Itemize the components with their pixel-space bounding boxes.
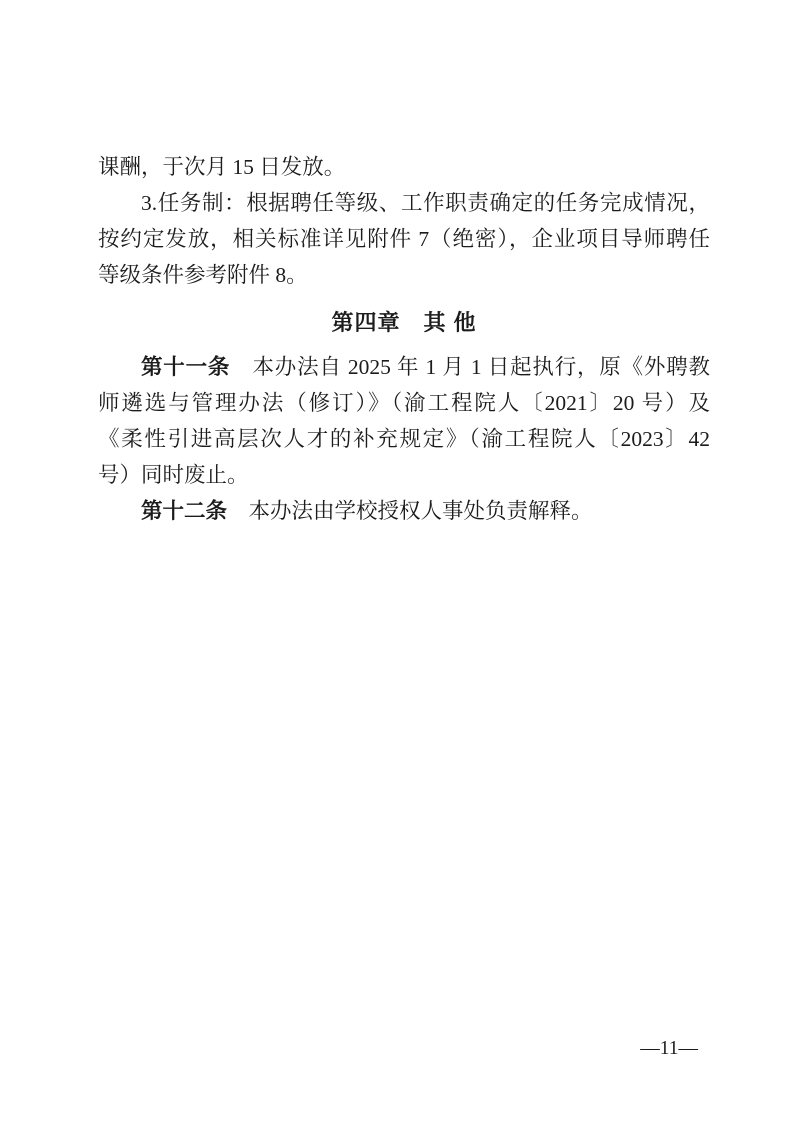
line-article-12: 第十二条 本办法由学校授权人事处负责解释。	[98, 493, 710, 529]
line-task-system-3: 等级条件参考附件 8。	[98, 257, 710, 293]
line-task-system-1: 3.任务制：根据聘任等级、工作职责确定的任务完成情况，	[98, 185, 710, 221]
line-article-11-3: 《柔性引进高层次人才的补充规定》（渝工程院人〔2023〕42	[98, 421, 710, 457]
line-payment-continuation: 课酬，于次月 15 日发放。	[98, 149, 710, 185]
bold-term: 第十一条	[141, 355, 230, 379]
text-segment: 本办法由学校授权人事处负责解释。	[227, 499, 593, 523]
text-segment: 3.任务制：根据聘任等级、工作职责确定的任务完成情况，	[141, 191, 710, 215]
document-page: 课酬，于次月 15 日发放。3.任务制：根据聘任等级、工作职责确定的任务完成情况…	[0, 0, 794, 1122]
line-article-11-4: 号）同时废止。	[98, 457, 710, 493]
text-segment: 本办法自 2025 年 1 月 1 日起执行，原《外聘教	[230, 355, 710, 379]
line-article-11-2: 师遴选与管理办法（修订）》（渝工程院人〔2021〕20 号）及	[98, 385, 710, 421]
text-segment: 等级条件参考附件 8。	[98, 263, 308, 287]
chapter-heading: 第四章 其 他	[98, 305, 710, 341]
bold-term: 第四章 其 他	[331, 310, 476, 335]
line-article-11-1: 第十一条 本办法自 2025 年 1 月 1 日起执行，原《外聘教	[98, 349, 710, 385]
page-number: —11—	[640, 1037, 698, 1061]
text-segment: 按约定发放，相关标准详见附件 7（绝密），企业项目导师聘任	[98, 227, 710, 251]
content-area: 课酬，于次月 15 日发放。3.任务制：根据聘任等级、工作职责确定的任务完成情况…	[98, 149, 710, 529]
text-segment: 《柔性引进高层次人才的补充规定》（渝工程院人〔2023〕42	[98, 427, 710, 451]
text-segment: 师遴选与管理办法（修订）》（渝工程院人〔2021〕20 号）及	[98, 391, 710, 415]
line-task-system-2: 按约定发放，相关标准详见附件 7（绝密），企业项目导师聘任	[98, 221, 710, 257]
bold-term: 第十二条	[141, 499, 227, 523]
text-segment: 课酬，于次月 15 日发放。	[98, 155, 345, 179]
text-segment: 号）同时废止。	[98, 463, 249, 487]
